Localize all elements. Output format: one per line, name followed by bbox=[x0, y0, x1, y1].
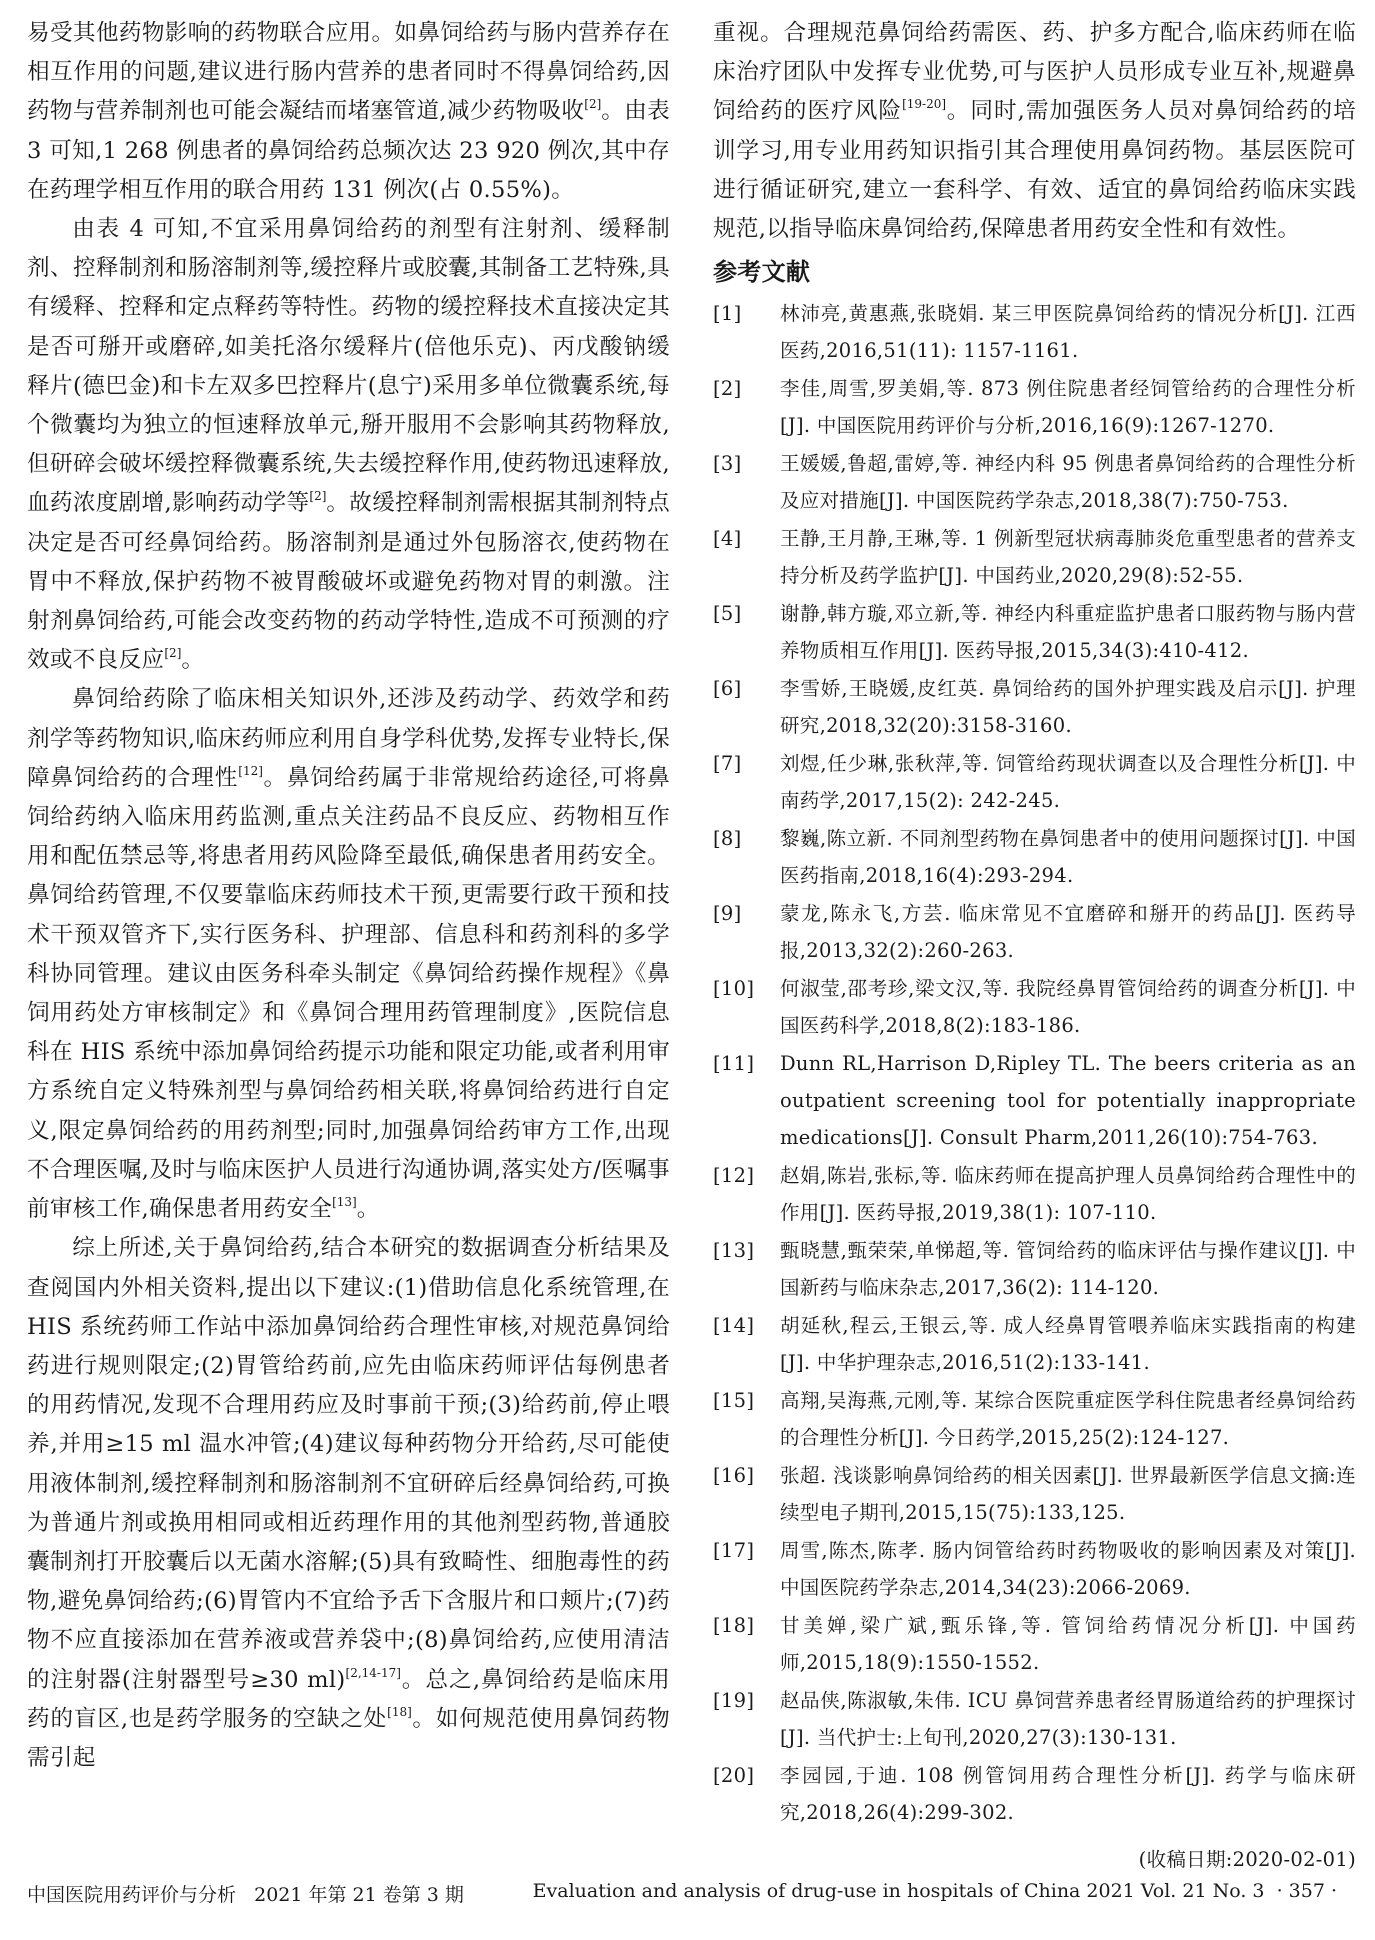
reference-number: [20] bbox=[713, 1757, 780, 1831]
reference-text: 赵娟,陈岩,张标,等. 临床药师在提高护理人员鼻饲给药合理性中的作用[J]. 医… bbox=[780, 1157, 1356, 1231]
reference-number: [7] bbox=[713, 745, 780, 819]
reference-item: [13]甄晓慧,甄荣荣,单悌超,等. 管饲给药的临床评估与操作建议[J]. 中国… bbox=[713, 1232, 1356, 1306]
reference-item: [1]林沛亮,黄惠燕,张晓娟. 某三甲医院鼻饲给药的情况分析[J]. 江西医药,… bbox=[713, 295, 1356, 369]
received-date: (收稿日期:2020-02-01) bbox=[713, 1841, 1356, 1878]
reference-item: [10]何淑莹,邵考珍,梁文汉,等. 我院经鼻胃管饲给药的调查分析[J]. 中国… bbox=[713, 970, 1356, 1044]
paragraph-recommendations: 综上所述,关于鼻饲给药,结合本研究的数据调查分析结果及查阅国内外相关资料,提出以… bbox=[27, 1229, 670, 1778]
reference-number: [17] bbox=[713, 1532, 780, 1606]
reference-item: [5]谢静,韩方璇,邓立新,等. 神经内科重症监护患者口服药物与肠内营养物质相互… bbox=[713, 595, 1356, 669]
reference-number: [10] bbox=[713, 970, 780, 1044]
citation-marker: [18] bbox=[387, 1705, 412, 1719]
citation-marker: [2] bbox=[164, 646, 181, 660]
reference-number: [9] bbox=[713, 895, 780, 969]
reference-text: 高翔,吴海燕,元刚,等. 某综合医院重症医学科住院患者经鼻饲给药的合理性分析[J… bbox=[780, 1382, 1356, 1456]
left-column: 易受其他药物影响的药物联合应用。如鼻饲给药与肠内营养存在相互作用的问题,建议进行… bbox=[27, 14, 670, 1778]
reference-item: [18]甘美婵,梁广斌,甄乐锋,等. 管饲给药情况分析[J]. 中国药师,201… bbox=[713, 1607, 1356, 1681]
reference-number: [11] bbox=[713, 1045, 780, 1156]
reference-number: [6] bbox=[713, 670, 780, 744]
reference-number: [4] bbox=[713, 520, 780, 594]
paragraph-conclusion: 重视。合理规范鼻饲给药需医、药、护多方配合,临床药师在临床治疗团队中发挥专业优势… bbox=[713, 14, 1356, 249]
reference-number: [8] bbox=[713, 820, 780, 894]
reference-text: 蒙龙,陈永飞,方芸. 临床常见不宜磨碎和掰开的药品[J]. 医药导报,2013,… bbox=[780, 895, 1356, 969]
footer-journal-english-page: Evaluation and analysis of drug-use in h… bbox=[533, 1880, 1337, 1902]
reference-item: [6]李雪娇,王晓媛,皮红英. 鼻饲给药的国外护理实践及启示[J]. 护理研究,… bbox=[713, 670, 1356, 744]
reference-item: [7]刘煜,任少琳,张秋萍,等. 饲管给药现状调查以及合理性分析[J]. 中南药… bbox=[713, 745, 1356, 819]
reference-number: [13] bbox=[713, 1232, 780, 1306]
reference-item: [3]王媛媛,鲁超,雷婷,等. 神经内科 95 例患者鼻饲给药的合理性分析及应对… bbox=[713, 445, 1356, 519]
paragraph-pharmacist-role: 鼻饲给药除了临床相关知识外,还涉及药动学、药效学和药剂学等药物知识,临床药师应利… bbox=[27, 680, 670, 1229]
reference-item: [9]蒙龙,陈永飞,方芸. 临床常见不宜磨碎和掰开的药品[J]. 医药导报,20… bbox=[713, 895, 1356, 969]
reference-text: 李佳,周雪,罗美娟,等. 873 例住院患者经饲管给药的合理性分析[J]. 中国… bbox=[780, 370, 1356, 444]
reference-text: 甄晓慧,甄荣荣,单悌超,等. 管饲给药的临床评估与操作建议[J]. 中国新药与临… bbox=[780, 1232, 1356, 1306]
reference-number: [15] bbox=[713, 1382, 780, 1456]
reference-item: [2]李佳,周雪,罗美娟,等. 873 例住院患者经饲管给药的合理性分析[J].… bbox=[713, 370, 1356, 444]
paragraph-drug-interaction: 易受其他药物影响的药物联合应用。如鼻饲给药与肠内营养存在相互作用的问题,建议进行… bbox=[27, 14, 670, 210]
reference-item: [4]王静,王月静,王琳,等. 1 例新型冠状病毒肺炎危重型患者的营养支持分析及… bbox=[713, 520, 1356, 594]
reference-item: [15]高翔,吴海燕,元刚,等. 某综合医院重症医学科住院患者经鼻饲给药的合理性… bbox=[713, 1382, 1356, 1456]
reference-text: 甘美婵,梁广斌,甄乐锋,等. 管饲给药情况分析[J]. 中国药师,2015,18… bbox=[780, 1607, 1356, 1681]
reference-item: [17]周雪,陈杰,陈孝. 肠内饲管给药时药物吸收的影响因素及对策[J]. 中国… bbox=[713, 1532, 1356, 1606]
reference-number: [5] bbox=[713, 595, 780, 669]
reference-item: [16]张超. 浅谈影响鼻饲给药的相关因素[J]. 世界最新医学信息文摘:连续型… bbox=[713, 1457, 1356, 1531]
reference-number: [14] bbox=[713, 1307, 780, 1381]
citation-marker: [19-20] bbox=[902, 97, 946, 111]
reference-text: 黎巍,陈立新. 不同剂型药物在鼻饲患者中的使用问题探讨[J]. 中国医药指南,2… bbox=[780, 820, 1356, 894]
reference-text: 赵品侠,陈淑敏,朱伟. ICU 鼻饲营养患者经胃肠道给药的护理探讨[J]. 当代… bbox=[780, 1682, 1356, 1756]
reference-list: [1]林沛亮,黄惠燕,张晓娟. 某三甲医院鼻饲给药的情况分析[J]. 江西医药,… bbox=[713, 295, 1356, 1831]
reference-text: Dunn RL,Harrison D,Ripley TL. The beers … bbox=[780, 1045, 1356, 1156]
reference-item: [8]黎巍,陈立新. 不同剂型药物在鼻饲患者中的使用问题探讨[J]. 中国医药指… bbox=[713, 820, 1356, 894]
citation-marker: [13] bbox=[332, 1195, 357, 1209]
reference-item: [12]赵娟,陈岩,张标,等. 临床药师在提高护理人员鼻饲给药合理性中的作用[J… bbox=[713, 1157, 1356, 1231]
citation-marker: [12] bbox=[238, 764, 263, 778]
reference-number: [19] bbox=[713, 1682, 780, 1756]
reference-number: [3] bbox=[713, 445, 780, 519]
reference-number: [18] bbox=[713, 1607, 780, 1681]
citation-marker: [2] bbox=[584, 97, 601, 111]
reference-item: [14]胡延秋,程云,王银云,等. 成人经鼻胃管喂养临床实践指南的构建[J]. … bbox=[713, 1307, 1356, 1381]
reference-number: [1] bbox=[713, 295, 780, 369]
reference-number: [2] bbox=[713, 370, 780, 444]
reference-text: 李园园,于迪. 108 例管饲用药合理性分析[J]. 药学与临床研究,2018,… bbox=[780, 1757, 1356, 1831]
paragraph-dosage-forms: 由表 4 可知,不宜采用鼻饲给药的剂型有注射剂、缓释制剂、控释制剂和肠溶制剂等,… bbox=[27, 210, 670, 680]
reference-text: 何淑莹,邵考珍,梁文汉,等. 我院经鼻胃管饲给药的调查分析[J]. 中国医药科学… bbox=[780, 970, 1356, 1044]
reference-text: 谢静,韩方璇,邓立新,等. 神经内科重症监护患者口服药物与肠内营养物质相互作用[… bbox=[780, 595, 1356, 669]
reference-text: 林沛亮,黄惠燕,张晓娟. 某三甲医院鼻饲给药的情况分析[J]. 江西医药,201… bbox=[780, 295, 1356, 369]
reference-item: [20]李园园,于迪. 108 例管饲用药合理性分析[J]. 药学与临床研究,2… bbox=[713, 1757, 1356, 1831]
reference-text: 周雪,陈杰,陈孝. 肠内饲管给药时药物吸收的影响因素及对策[J]. 中国医院药学… bbox=[780, 1532, 1356, 1606]
reference-item: [11]Dunn RL,Harrison D,Ripley TL. The be… bbox=[713, 1045, 1356, 1156]
reference-item: [19]赵品侠,陈淑敏,朱伟. ICU 鼻饲营养患者经胃肠道给药的护理探讨[J]… bbox=[713, 1682, 1356, 1756]
reference-number: [16] bbox=[713, 1457, 780, 1531]
reference-text: 王媛媛,鲁超,雷婷,等. 神经内科 95 例患者鼻饲给药的合理性分析及应对措施[… bbox=[780, 445, 1356, 519]
citation-marker: [2] bbox=[309, 489, 326, 503]
reference-text: 李雪娇,王晓媛,皮红英. 鼻饲给药的国外护理实践及启示[J]. 护理研究,201… bbox=[780, 670, 1356, 744]
right-column: 重视。合理规范鼻饲给药需医、药、护多方配合,临床药师在临床治疗团队中发挥专业优势… bbox=[713, 14, 1356, 1878]
reference-text: 王静,王月静,王琳,等. 1 例新型冠状病毒肺炎危重型患者的营养支持分析及药学监… bbox=[780, 520, 1356, 594]
footer-journal-chinese: 中国医院用药评价与分析 2021 年第 21 卷第 3 期 bbox=[27, 1880, 464, 1907]
reference-text: 刘煜,任少琳,张秋萍,等. 饲管给药现状调查以及合理性分析[J]. 中南药学,2… bbox=[780, 745, 1356, 819]
reference-text: 张超. 浅谈影响鼻饲给药的相关因素[J]. 世界最新医学信息文摘:连续型电子期刊… bbox=[780, 1457, 1356, 1531]
reference-text: 胡延秋,程云,王银云,等. 成人经鼻胃管喂养临床实践指南的构建[J]. 中华护理… bbox=[780, 1307, 1356, 1381]
citation-marker: [2,14-17] bbox=[346, 1666, 401, 1680]
reference-number: [12] bbox=[713, 1157, 780, 1231]
references-heading: 参考文献 bbox=[713, 251, 1356, 293]
